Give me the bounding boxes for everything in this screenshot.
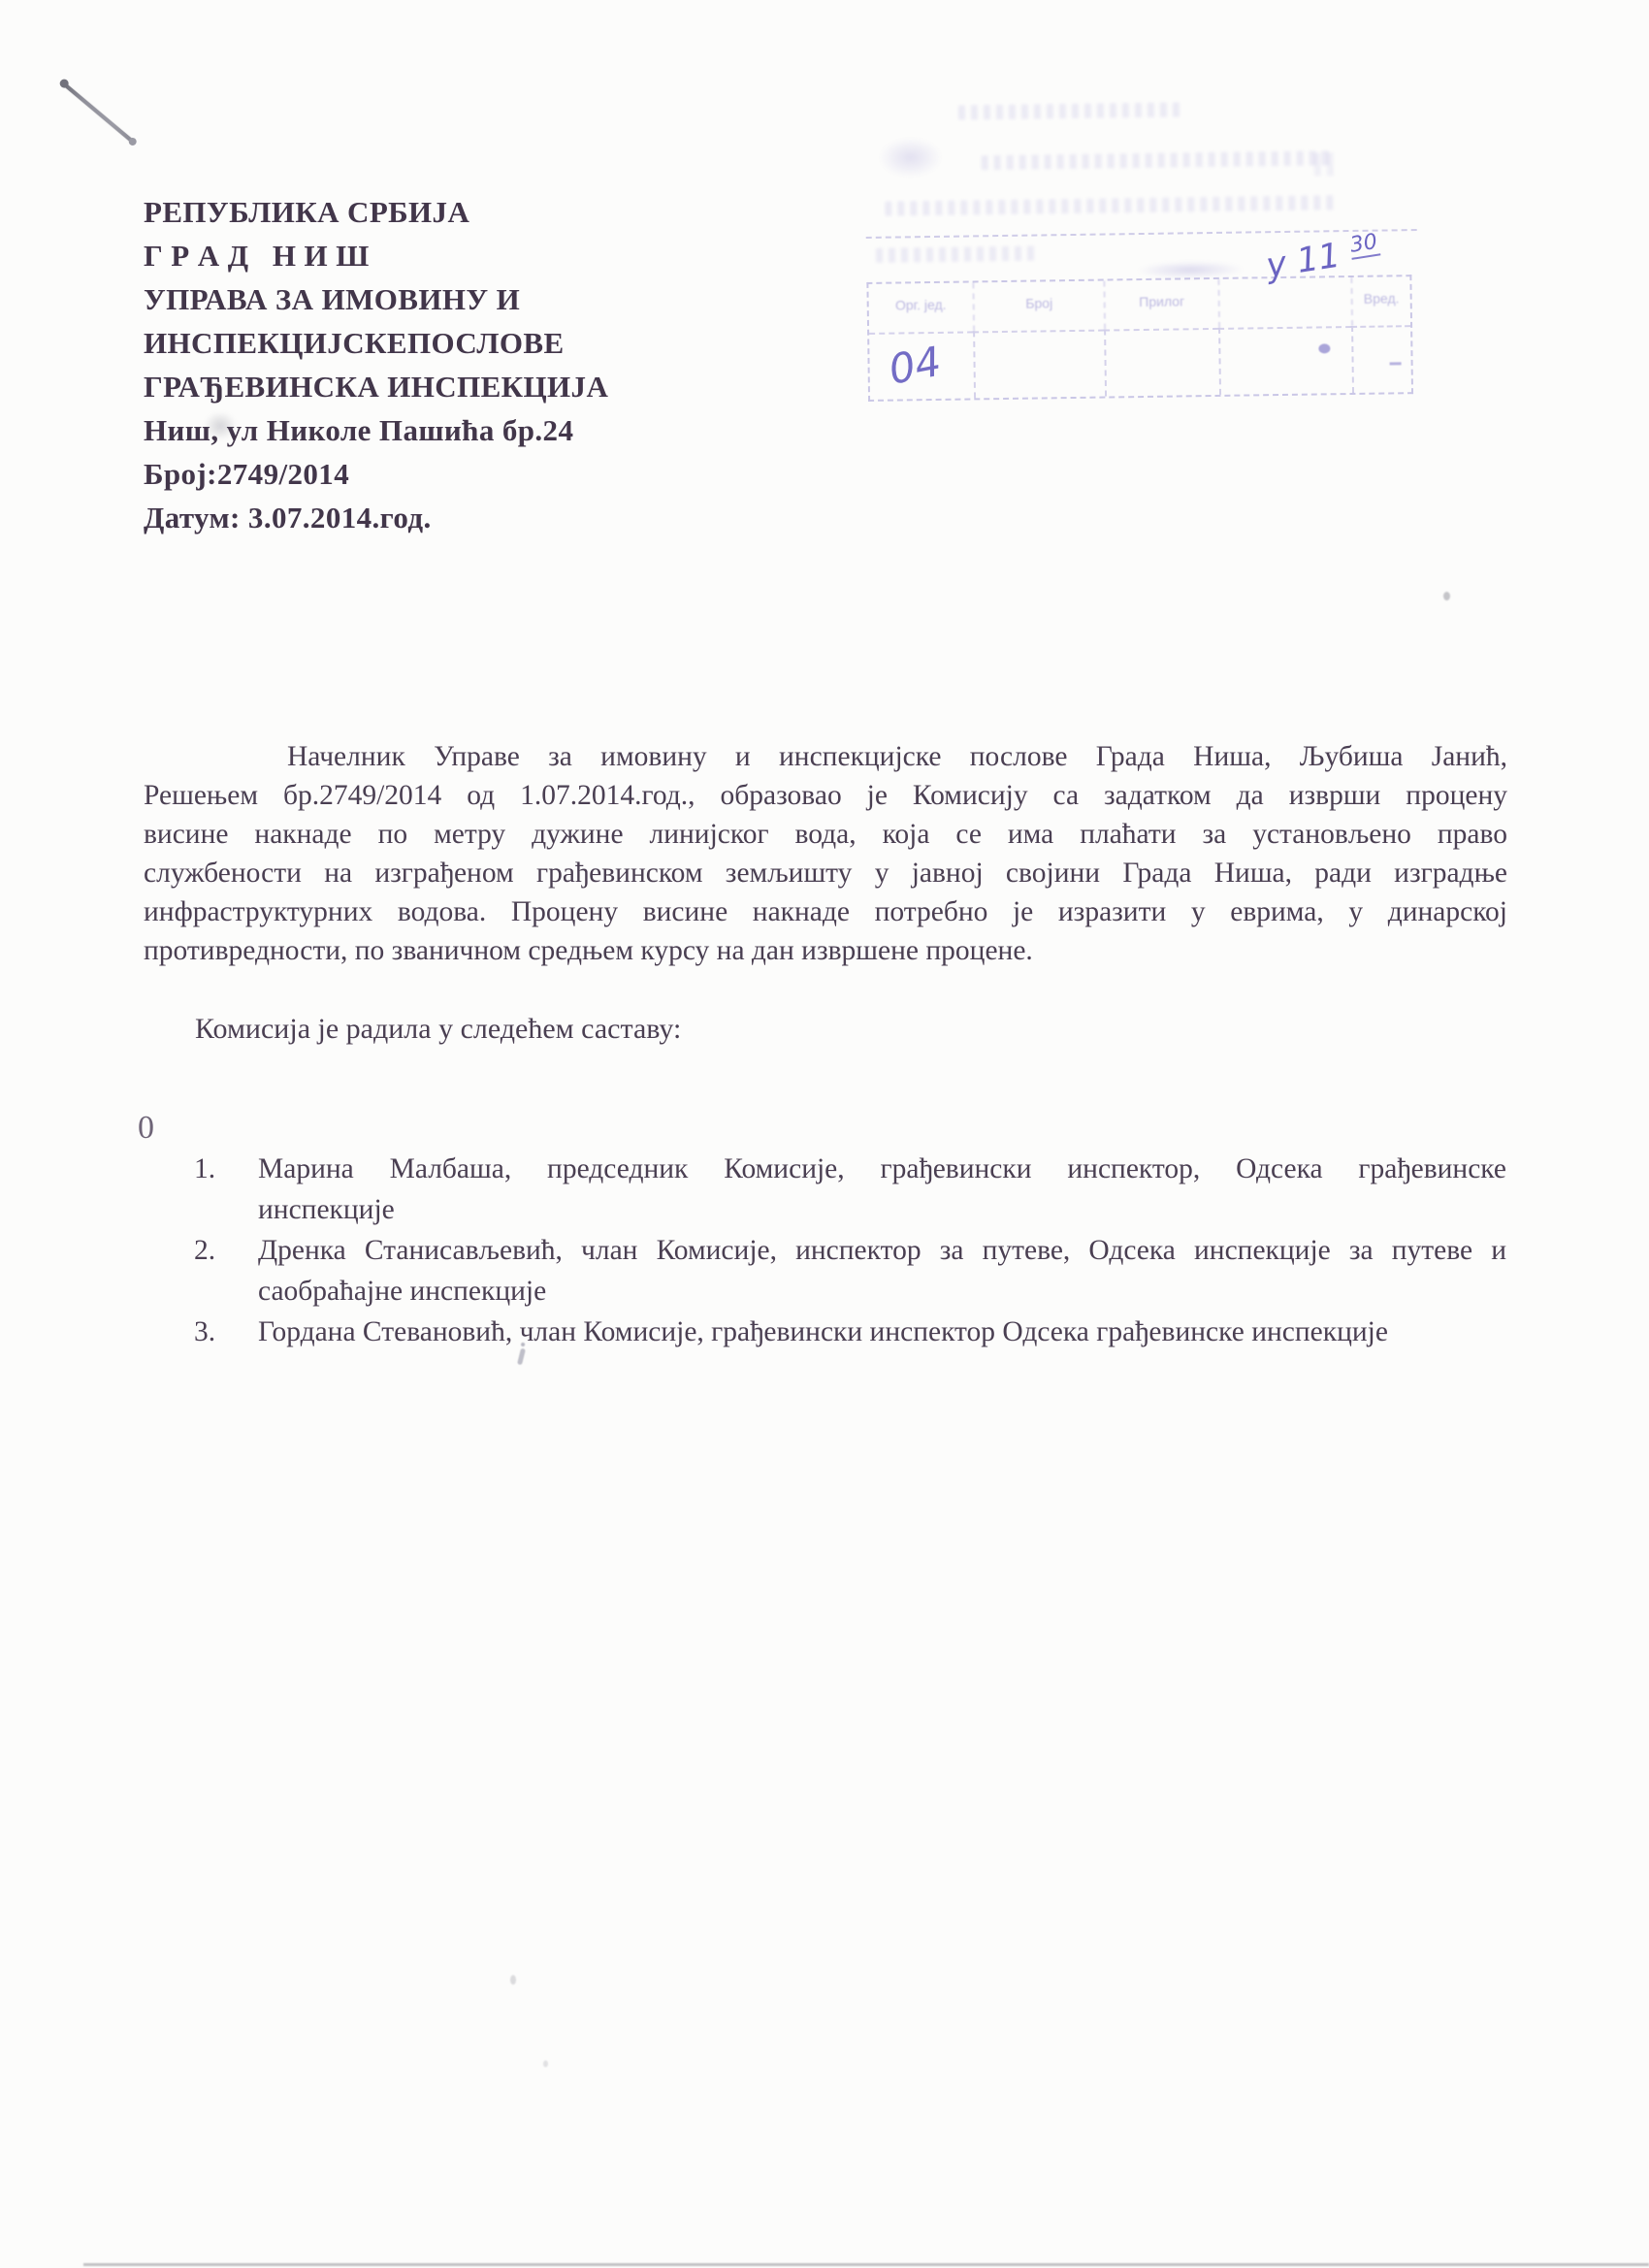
stamp-faint-text-row (885, 195, 1338, 216)
scan-speck (1443, 592, 1450, 600)
letterhead-line-city: Г Р А Д Н И Ш (144, 234, 608, 277)
member-number: 2. (194, 1230, 258, 1271)
stamp-faint-blob (878, 137, 943, 178)
list-item: 1. Марина Малбаша, председник Комисије, … (194, 1149, 1506, 1230)
stamp-table-header-number: Број (972, 281, 1104, 332)
paragraph-line: Начелник Управе за имовину и инспекцијск… (144, 737, 1507, 776)
committee-intro: Комисија је радила у следећем саставу: (195, 1013, 681, 1046)
member-number: 3. (194, 1312, 258, 1352)
member-line: Марина Малбаша, председник Комисије, гра… (258, 1149, 1506, 1189)
member-text: Гордана Стевановић, члан Комисије, грађе… (258, 1312, 1506, 1352)
member-text: Марина Малбаша, председник Комисије, гра… (258, 1149, 1506, 1230)
stamp-time-minutes: 30 (1347, 230, 1380, 260)
paragraph-line: инфраструктурних водова. Процену висине … (144, 892, 1507, 931)
paragraph-line: Решењем бр.2749/2014 од 1.07.2014.год., … (144, 776, 1507, 815)
paragraph-line: службености на изграђеном грађевинском з… (144, 854, 1507, 892)
member-line: Гордана Стевановић, члан Комисије, грађе… (258, 1312, 1506, 1352)
member-text: Дренка Станисављевић, члан Комисије, инс… (258, 1230, 1506, 1312)
stamp-org-number-handwritten: 04 (885, 338, 945, 394)
stamp-table-cell-attachment (1104, 328, 1219, 397)
member-line: саобраћајне инспекције (258, 1271, 1506, 1312)
committee-list: 1. Марина Малбаша, председник Комисије, … (194, 1149, 1506, 1352)
stamp-table-cell-blank (1218, 326, 1352, 395)
stamp-ink-tick (1390, 362, 1402, 365)
stamp-table-header-attachment: Прилог (1103, 279, 1218, 330)
letterhead-line-inspection: ГРАЂЕВИНСКА ИНСПЕКЦИЈА (144, 365, 608, 408)
letterhead-line-administration-2: ИНСПЕКЦИЈСКЕПОСЛОВЕ (144, 321, 608, 365)
stray-zero-mark: 0 (138, 1110, 154, 1147)
stamp-table-header-blank (1217, 277, 1351, 328)
stamp-faint-text-row (958, 102, 1181, 119)
paragraph-line: противредности, по званичном средњем кур… (144, 931, 1507, 970)
scan-speck (543, 2060, 548, 2067)
stamp-table-header-org: Орг. јед. (868, 282, 973, 332)
body-paragraph: Начелник Управе за имовину и инспекцијск… (144, 737, 1507, 970)
scan-speck (510, 1975, 516, 1985)
list-item: 2. Дренка Станисављевић, члан Комисије, … (194, 1230, 1506, 1312)
pen-stroke-mark (61, 81, 135, 145)
letterhead-line-administration-1: УПРАВА ЗА ИМОВИНУ И (144, 277, 608, 321)
stamp-faint-text-row (876, 246, 1036, 263)
stamp-table-cell-org: 04 (869, 331, 974, 399)
receipt-stamp: у 11 30 Орг. јед. Број Прилог Вред. 04 (864, 95, 1419, 411)
list-item: 3. Гордана Стевановић, члан Комисије, гр… (194, 1312, 1506, 1352)
letterhead-line-country: РЕПУБЛИКА СРБИЈА (144, 190, 608, 234)
member-number: 1. (194, 1149, 258, 1189)
member-line: Дренка Станисављевић, члан Комисије, инс… (258, 1230, 1506, 1271)
scan-smudge (204, 411, 237, 440)
stamp-table-header-value: Вред. (1350, 276, 1410, 326)
letterhead-line-date: Датум: 3.07.2014.год. (144, 496, 608, 539)
stamp-table-cell-value (1351, 325, 1411, 393)
stamp-faint-marks (1314, 152, 1338, 176)
letterhead-line-case-number: Број:2749/2014 (144, 452, 608, 496)
paragraph-line: висине накнаде по метру дужине линијског… (144, 815, 1507, 854)
scanned-document-page: РЕПУБЛИКА СРБИЈА Г Р А Д Н И Ш УПРАВА ЗА… (0, 0, 1649, 2268)
stamp-ink-dot (1318, 343, 1330, 353)
stamp-faint-text-row (982, 150, 1331, 170)
scan-bottom-edge (83, 2263, 1649, 2266)
stamp-table: Орг. јед. Број Прилог Вред. 04 (866, 275, 1413, 402)
stamp-table-cell-number (973, 330, 1105, 399)
member-line: инспекције (258, 1189, 1506, 1230)
letterhead: РЕПУБЛИКА СРБИЈА Г Р А Д Н И Ш УПРАВА ЗА… (144, 190, 608, 539)
